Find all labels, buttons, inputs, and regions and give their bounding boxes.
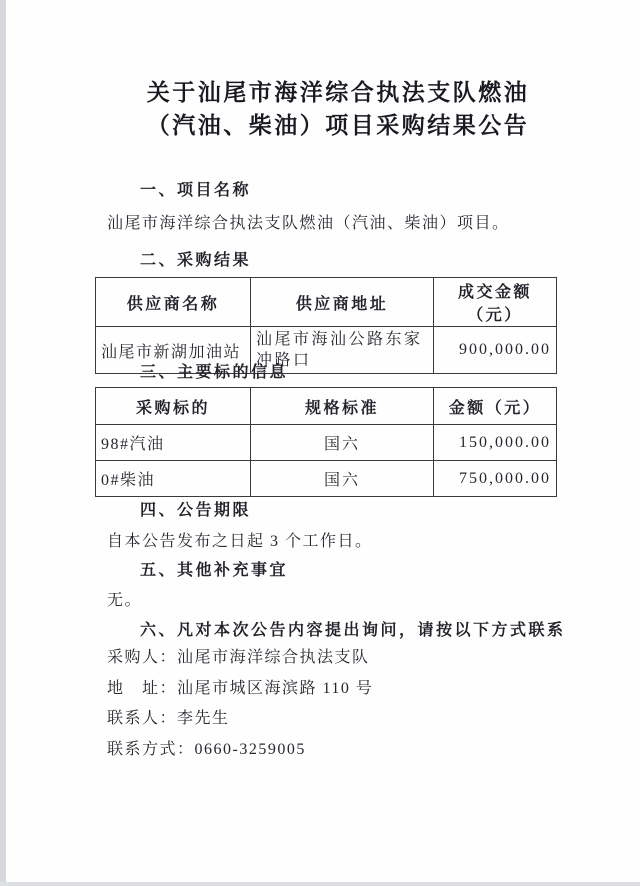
paragraph-announcement-period: 自本公告发布之日起 3 个工作日。: [107, 532, 373, 552]
section-heading-announcement-period: 四、公告期限: [140, 501, 251, 521]
document-title-line2: （汽油、柴油）项目采购结果公告: [147, 109, 530, 142]
deal-amount-cell: 900,000.00: [434, 327, 557, 374]
supplier-result-table: 供应商名称 供应商地址 成交金额（元） 汕尾市新湖加油站 汕尾市海汕公路东家冲路…: [95, 277, 557, 374]
procurement-items-table: 采购标的 规格标准 金额（元） 98#汽油 国六 150,000.00 0#柴油…: [95, 387, 557, 497]
contact-line-phone: 联系方式：0660-3259005: [107, 740, 306, 760]
section-heading-project-name: 一、项目名称: [140, 181, 251, 201]
spec-standard-cell: 国六: [251, 461, 434, 497]
document-title-line1: 关于汕尾市海洋综合执法支队燃油: [147, 76, 530, 109]
contact-line-person: 联系人：李先生: [107, 709, 230, 729]
section-heading-other-matters: 五、其他补充事宜: [140, 561, 288, 581]
contact-line-buyer: 采购人：汕尾市海洋综合执法支队: [107, 648, 370, 668]
paragraph-other-matters: 无。: [107, 591, 142, 611]
amount-cell: 750,000.00: [434, 461, 557, 497]
deal-amount-header: 成交金额（元）: [434, 278, 557, 327]
section-heading-contact-method: 六、凡对本次公告内容提出询问，请按以下方式联系: [140, 621, 566, 641]
page-bottom-edge: [0, 882, 640, 886]
supplier-table-header-row: 供应商名称 供应商地址 成交金额（元）: [96, 278, 557, 327]
item-name-cell: 98#汽油: [96, 425, 251, 461]
document-title: 关于汕尾市海洋综合执法支队燃油 （汽油、柴油）项目采购结果公告: [147, 76, 530, 142]
supplier-name-header: 供应商名称: [96, 278, 251, 327]
items-table-row-gasoline: 98#汽油 国六 150,000.00: [96, 425, 557, 461]
amount-cell: 150,000.00: [434, 425, 557, 461]
item-name-cell: 0#柴油: [96, 461, 251, 497]
items-table-header-row: 采购标的 规格标准 金额（元）: [96, 388, 557, 425]
spec-standard-header: 规格标准: [251, 388, 434, 425]
items-table-row-diesel: 0#柴油 国六 750,000.00: [96, 461, 557, 497]
spec-standard-cell: 国六: [251, 425, 434, 461]
amount-header: 金额（元）: [434, 388, 557, 425]
page-left-edge: [0, 0, 6, 886]
paragraph-project-name: 汕尾市海洋综合执法支队燃油（汽油、柴油）项目。: [107, 214, 510, 234]
section-heading-main-items: 三、主要标的信息: [140, 363, 288, 383]
section-heading-procurement-result: 二、采购结果: [140, 251, 251, 271]
contact-line-address: 地 址：汕尾市城区海滨路 110 号: [107, 679, 373, 699]
document-page: 关于汕尾市海洋综合执法支队燃油 （汽油、柴油）项目采购结果公告 一、项目名称 汕…: [0, 0, 640, 886]
item-name-header: 采购标的: [96, 388, 251, 425]
supplier-address-header: 供应商地址: [251, 278, 434, 327]
